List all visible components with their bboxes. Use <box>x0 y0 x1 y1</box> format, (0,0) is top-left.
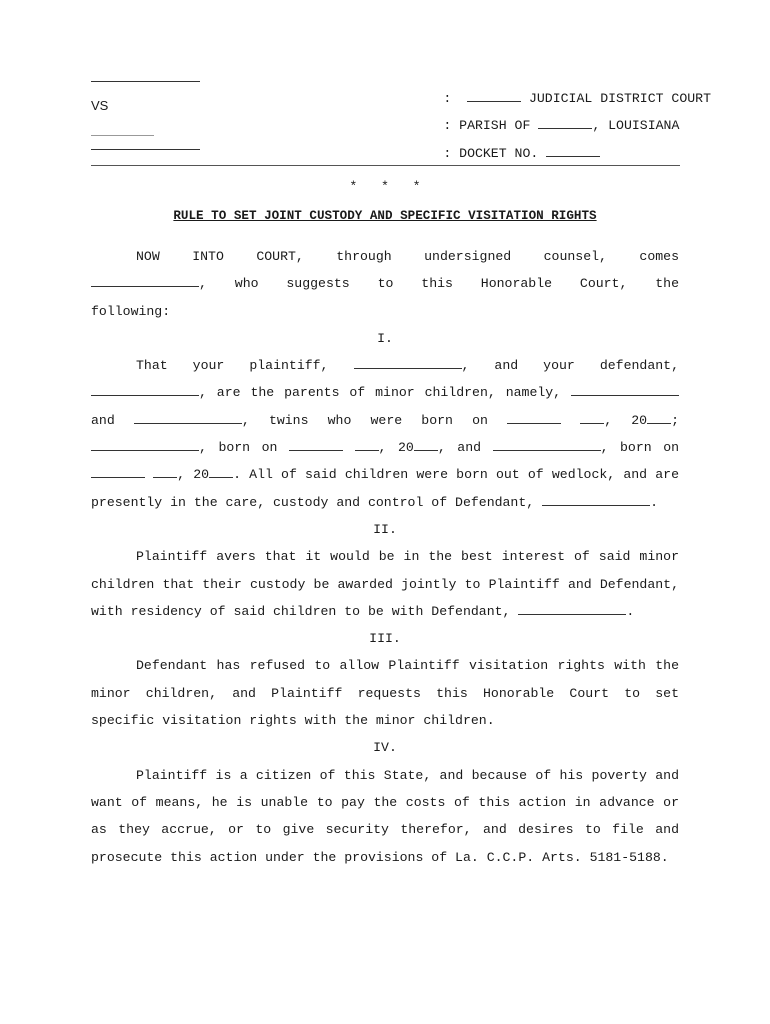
section-heading-2: II. <box>91 516 679 543</box>
section-divider-stars: * * * <box>91 180 679 194</box>
plaintiff-name-blank <box>91 81 200 82</box>
twins-birth-year-blank <box>647 411 671 424</box>
document-body: NOW INTO COURT, through undersigned coun… <box>91 243 679 871</box>
s1-text: That your plaintiff, <box>136 358 354 373</box>
intro-paragraph: NOW INTO COURT, through undersigned coun… <box>91 243 679 325</box>
child-2-name-blank <box>134 411 242 424</box>
document-title: RULE TO SET JOINT CUSTODY AND SPECIFIC V… <box>91 208 679 224</box>
s6-text <box>561 413 580 428</box>
case-caption: VS : JUDICIAL DISTRICT COURT : PARISH OF… <box>91 68 679 168</box>
child-4-birth-month-blank <box>91 465 145 478</box>
plaintiff-name-blank-body <box>354 356 462 369</box>
s2-text: , and your defendant, <box>462 358 680 373</box>
defendant-residency-blank <box>518 602 626 615</box>
s13-text: , born on <box>601 440 679 455</box>
section-heading-4: IV. <box>91 734 679 761</box>
defendant-name-blank-short <box>91 135 154 136</box>
child-3-name-blank <box>91 438 199 451</box>
docket-line: : DOCKET NO. <box>380 124 600 184</box>
docket-prefix: DOCKET NO. <box>459 146 538 161</box>
defendant-name-blank-custody <box>542 493 650 506</box>
s5-text: , twins who were born on <box>242 413 507 428</box>
section-4-paragraph: Plaintiff is a citizen of this State, an… <box>91 762 679 871</box>
docket-number-blank <box>546 145 600 157</box>
s4-text: and <box>91 413 134 428</box>
child-4-name-blank <box>493 438 601 451</box>
s17-text: . <box>650 495 658 510</box>
section-3-paragraph: Defendant has refused to allow Plaintiff… <box>91 652 679 734</box>
child-1-name-blank <box>571 383 679 396</box>
section-2-paragraph: Plaintiff avers that it would be in the … <box>91 543 679 625</box>
section-heading-1: I. <box>91 325 679 352</box>
s7-text: , 20 <box>604 413 647 428</box>
s3-text: , are the parents of minor children, nam… <box>199 385 571 400</box>
s10-text <box>343 440 355 455</box>
child-3-birth-day-blank <box>355 438 379 451</box>
s11-text: , 20 <box>379 440 414 455</box>
mover-name-blank <box>91 274 199 287</box>
caption-divider-line <box>91 165 680 166</box>
child-3-birth-month-blank <box>289 438 343 451</box>
versus-label: VS <box>91 96 108 116</box>
docket-separator: : <box>443 146 451 161</box>
twins-birth-day-blank <box>580 411 604 424</box>
section-heading-3: III. <box>91 625 679 652</box>
s12-text: , and <box>438 440 493 455</box>
s14-text <box>145 467 153 482</box>
twins-birth-month-blank <box>507 411 561 424</box>
s9-text: , born on <box>199 440 289 455</box>
s15-text: , 20 <box>177 467 209 482</box>
child-4-birth-year-blank <box>209 465 233 478</box>
intro-text-1: NOW INTO COURT, through undersigned coun… <box>136 249 679 264</box>
s8-text: ; <box>671 413 679 428</box>
child-4-birth-day-blank <box>153 465 177 478</box>
defendant-name-blank-long <box>91 149 200 150</box>
section-1-paragraph: That your plaintiff, , and your defendan… <box>91 352 679 516</box>
child-3-birth-year-blank <box>414 438 438 451</box>
defendant-name-blank-body <box>91 383 199 396</box>
section-2-end: . <box>626 604 634 619</box>
parish-suffix: , LOUISIANA <box>592 118 679 133</box>
